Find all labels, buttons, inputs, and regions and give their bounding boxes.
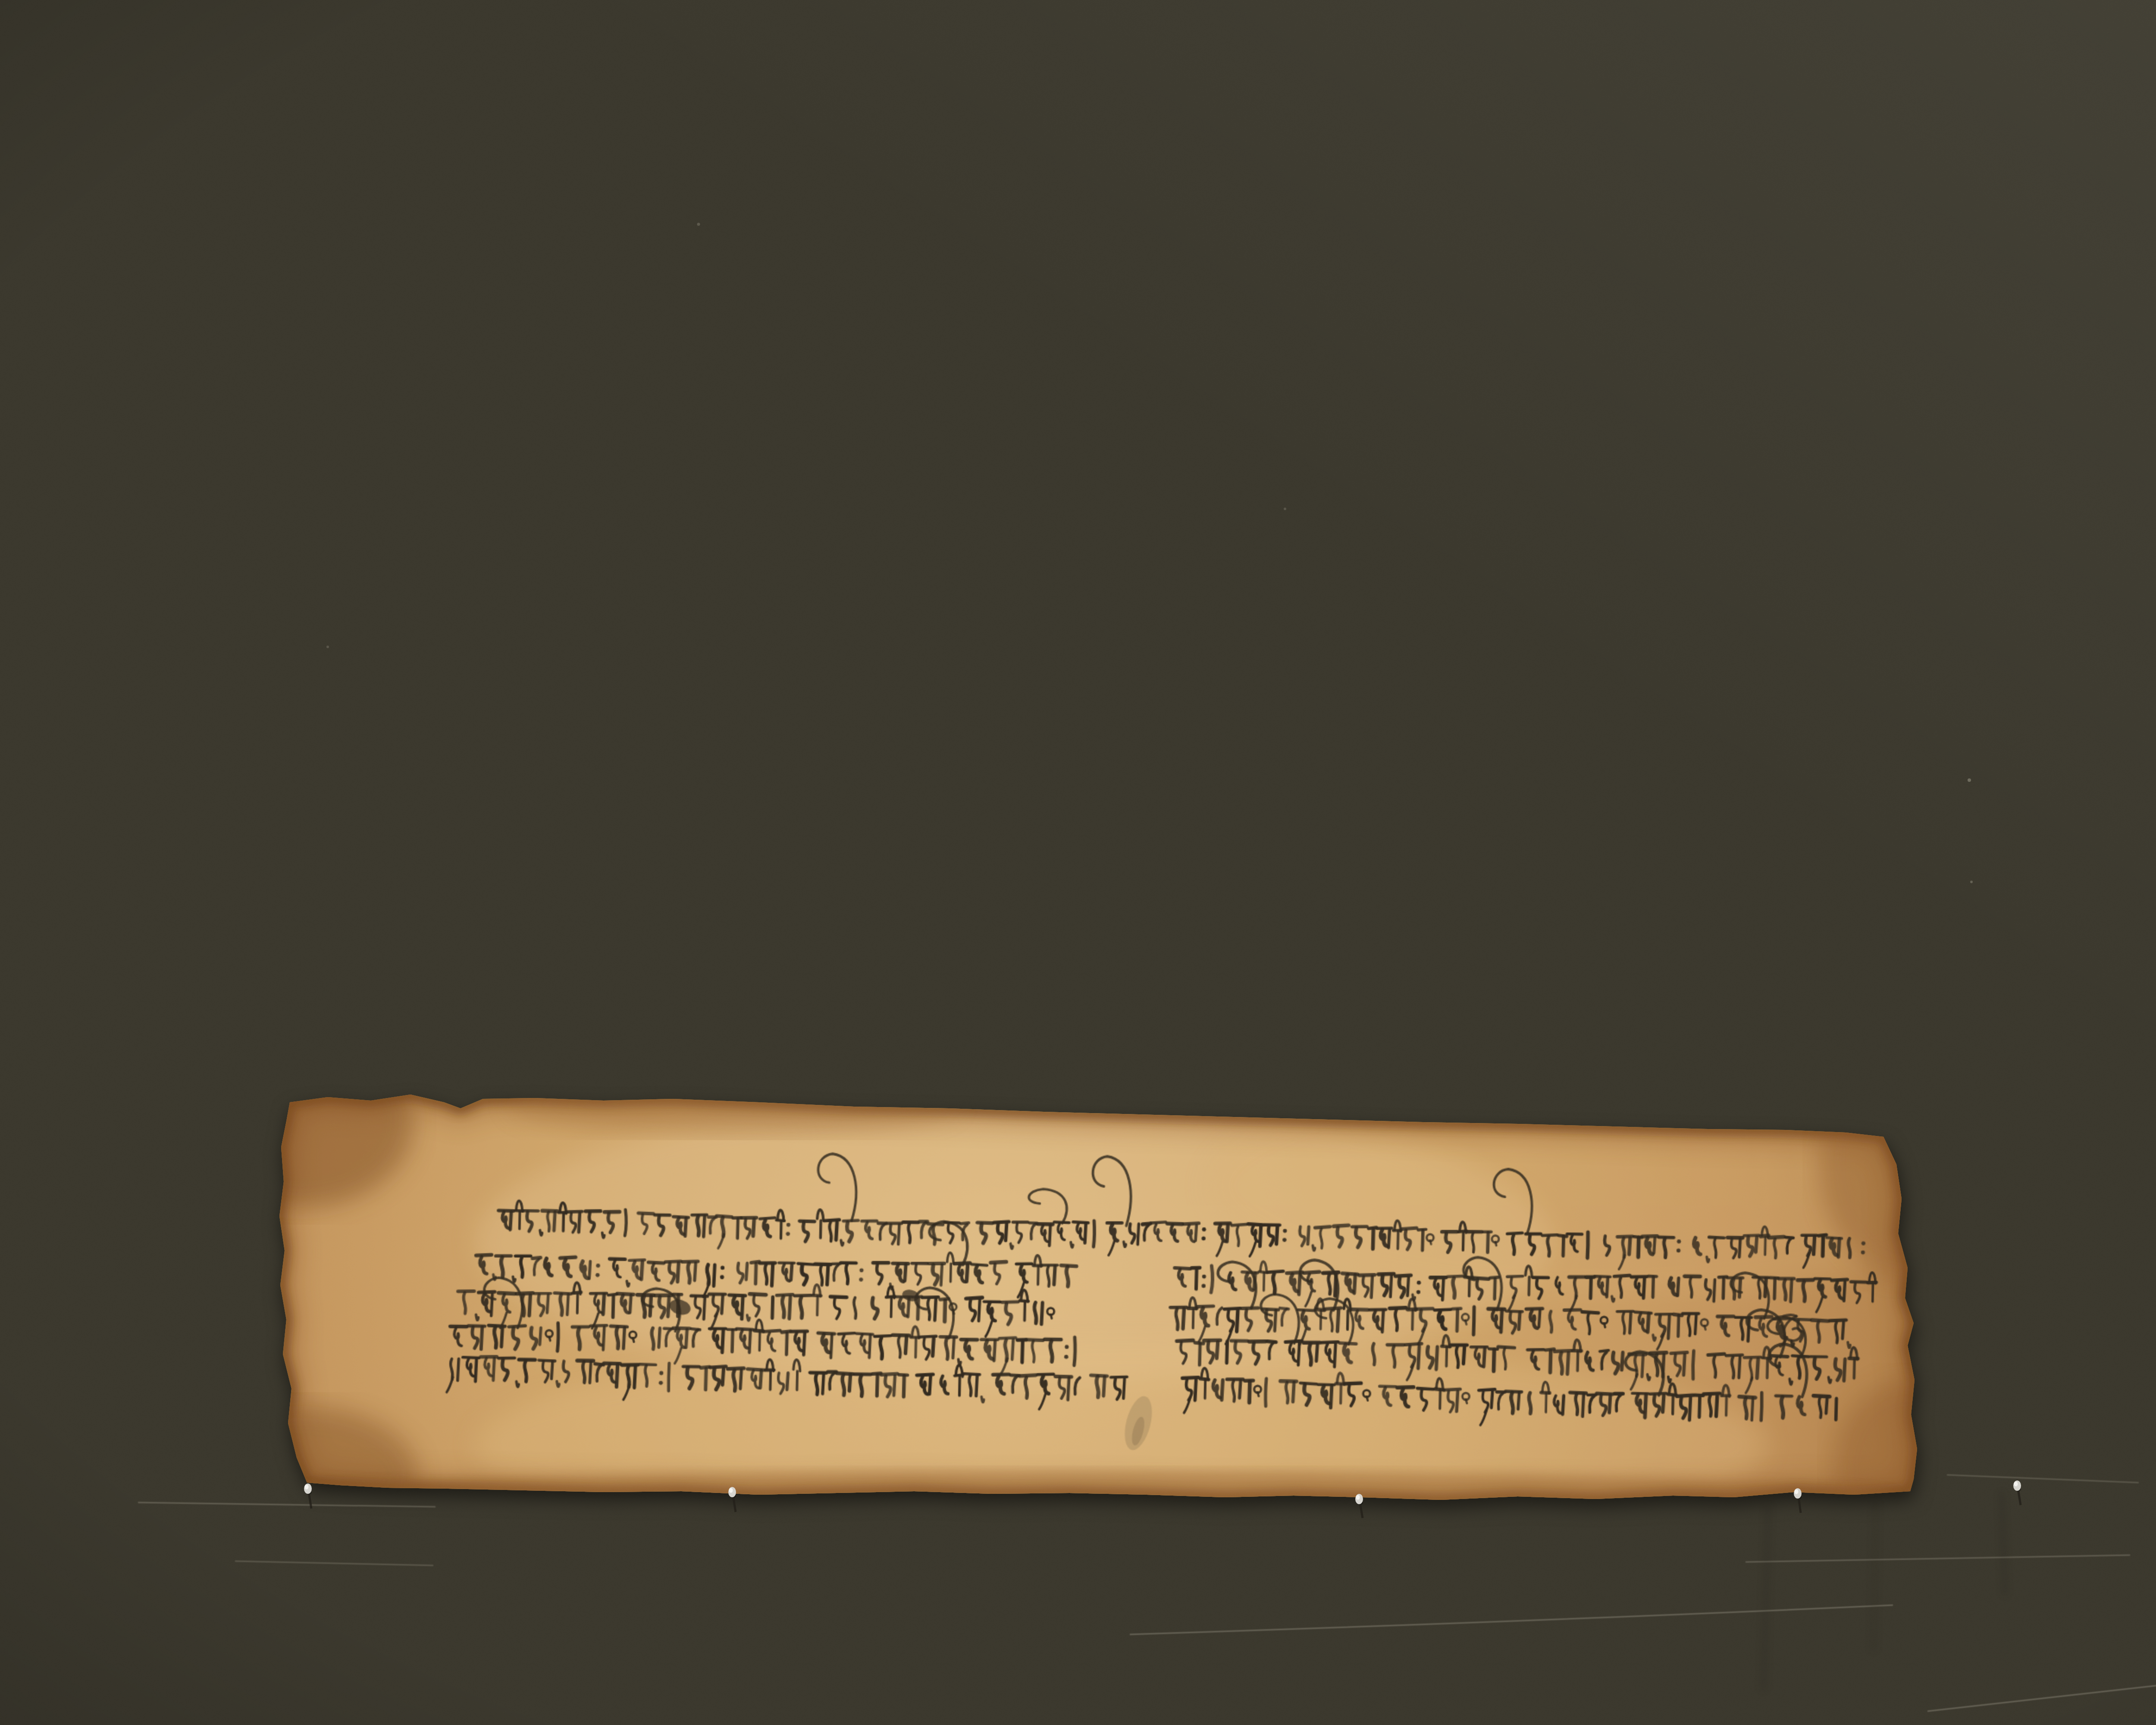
handwritten-text-layer [0,0,2156,1725]
photo-scene [0,0,2156,1725]
